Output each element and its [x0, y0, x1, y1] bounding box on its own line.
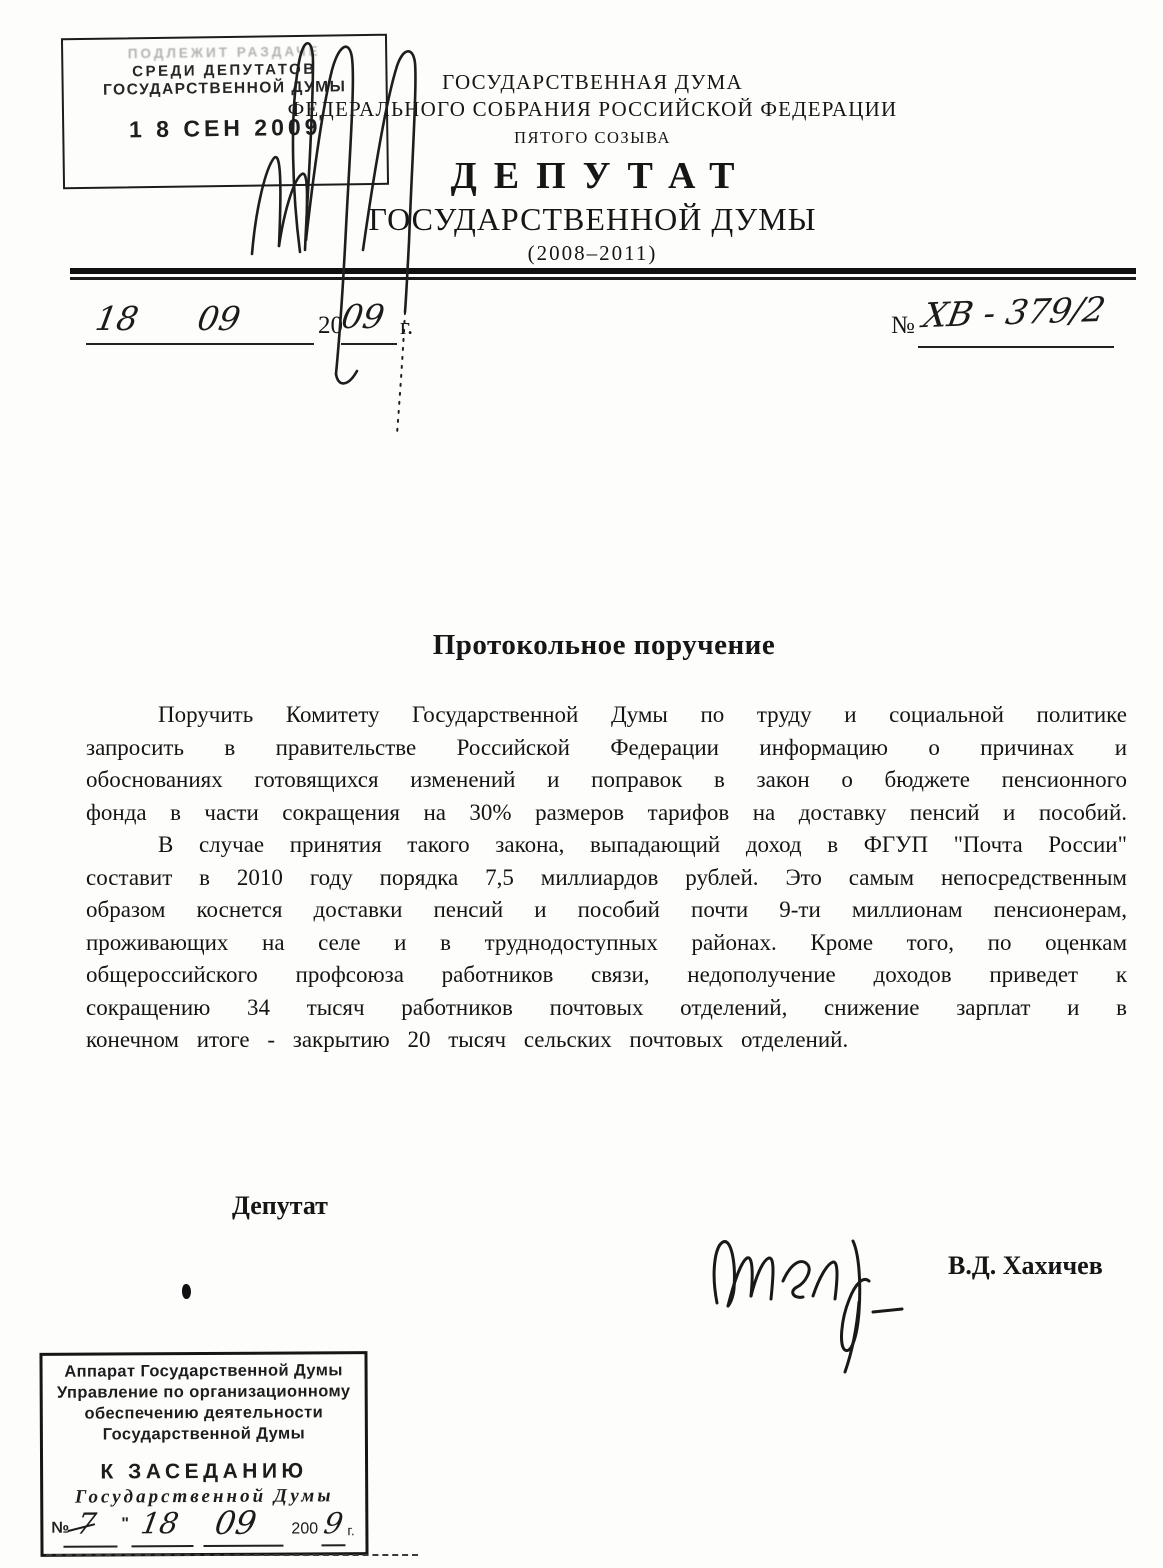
stamp-faded-line: ПОДЛЕЖИТ РАЗДАЧЕ — [63, 43, 385, 62]
handwritten-stamp-year: 9 — [321, 1506, 345, 1540]
session-no-underline — [63, 1545, 117, 1547]
horizontal-rule-thick — [70, 268, 1136, 274]
apparatus-line3: обеспечению деятельности — [43, 1402, 365, 1425]
apparatus-line2: Управление по организационному — [43, 1381, 365, 1404]
stamp-year-underline — [321, 1544, 345, 1546]
body-line: составит в 2010 году порядка 7,5 миллиар… — [86, 862, 1127, 895]
quote-mark: " — [121, 1515, 129, 1533]
body-line: запросить в правительстве Российской Фед… — [86, 732, 1127, 765]
handwritten-number: ХВ - 379/2 — [920, 290, 1109, 336]
document-body: Поручить Комитету Государственной Думы п… — [86, 699, 1127, 1057]
body-line: В случае принятия такого закона, выпадаю… — [86, 829, 1127, 862]
scan-artifact-line — [46, 1554, 418, 1556]
document-title: Протокольное поручение — [0, 629, 1163, 662]
document-page: ПОДЛЕЖИТ РАЗДАЧЕ СРЕДИ ДЕПУТАТОВ ГОСУДАР… — [0, 0, 1163, 1568]
session-no-label: № — [51, 1520, 69, 1538]
body-line: общероссийского профсоюза работников свя… — [86, 959, 1127, 992]
letterhead-org2: ФЕДЕРАЛЬНОГО СОБРАНИЯ РОССИЙСКОЙ ФЕДЕРАЦ… — [0, 97, 1163, 122]
deputy-label: Депутат — [232, 1191, 328, 1221]
handwritten-stamp-month: 09 — [212, 1504, 259, 1542]
session-subheading: Государственной Думы — [43, 1485, 365, 1509]
letterhead-role2: ГОСУДАРСТВЕННОЙ ДУМЫ — [0, 201, 1163, 238]
ink-blot — [182, 1284, 191, 1299]
stamp-year-printed: 200 — [291, 1520, 318, 1538]
handwritten-month: 09 — [195, 299, 244, 338]
body-line: конечном итоге - закрытию 20 тысяч сельс… — [86, 1024, 1127, 1057]
deputy-signature — [714, 1241, 902, 1372]
stamp-day-underline — [131, 1545, 193, 1547]
paragraph-2: В случае принятия такого закона, выпадаю… — [86, 829, 1127, 1057]
stamp-year-suffix: г. — [347, 1522, 354, 1538]
body-line: проживающих на селе и в труднодоступных … — [86, 927, 1127, 960]
number-underline — [918, 346, 1114, 348]
handwritten-year: 09 — [339, 297, 388, 336]
letterhead-org: ГОСУДАРСТВЕННАЯ ДУМА — [0, 70, 1163, 95]
body-line: обоснованиях готовящихся изменений и поп… — [86, 764, 1127, 797]
deputy-name: В.Д. Хахичев — [948, 1251, 1103, 1281]
handwritten-day: 18 — [93, 299, 142, 338]
body-line: фонда в части сокращения на 30% размеров… — [86, 797, 1127, 830]
year-suffix: г. — [400, 314, 413, 341]
handwritten-session-number: 7 — [74, 1507, 98, 1541]
session-heading: К ЗАСЕДАНИЮ — [43, 1459, 365, 1485]
year-underline — [341, 343, 397, 345]
session-number-row: № 7 " 18 09 200 9 г. — [43, 1508, 365, 1552]
paragraph-1: Поручить Комитету Государственной Думы п… — [86, 699, 1127, 829]
letterhead-role: ДЕПУТАТ — [0, 154, 1163, 198]
stamp-month-underline — [203, 1545, 283, 1547]
letterhead-term: (2008–2011) — [0, 241, 1163, 266]
body-line: Поручить Комитету Государственной Думы п… — [86, 699, 1127, 732]
body-line: сокращению 34 тысяч работников почтовых … — [86, 992, 1127, 1025]
letterhead-convocation: ПЯТОГО СОЗЫВА — [0, 128, 1163, 148]
apparatus-line4: Государственной Думы — [43, 1423, 365, 1446]
apparatus-line1: Аппарат Государственной Думы — [43, 1360, 365, 1383]
apparatus-stamp: Аппарат Государственной Думы Управление … — [39, 1351, 368, 1557]
body-line: образом коснется доставки пенсий и пособ… — [86, 894, 1127, 927]
handwritten-stamp-day: 18 — [138, 1506, 181, 1540]
number-label: № — [891, 312, 915, 340]
horizontal-rule-thin — [70, 277, 1136, 280]
month-underline — [150, 343, 314, 345]
